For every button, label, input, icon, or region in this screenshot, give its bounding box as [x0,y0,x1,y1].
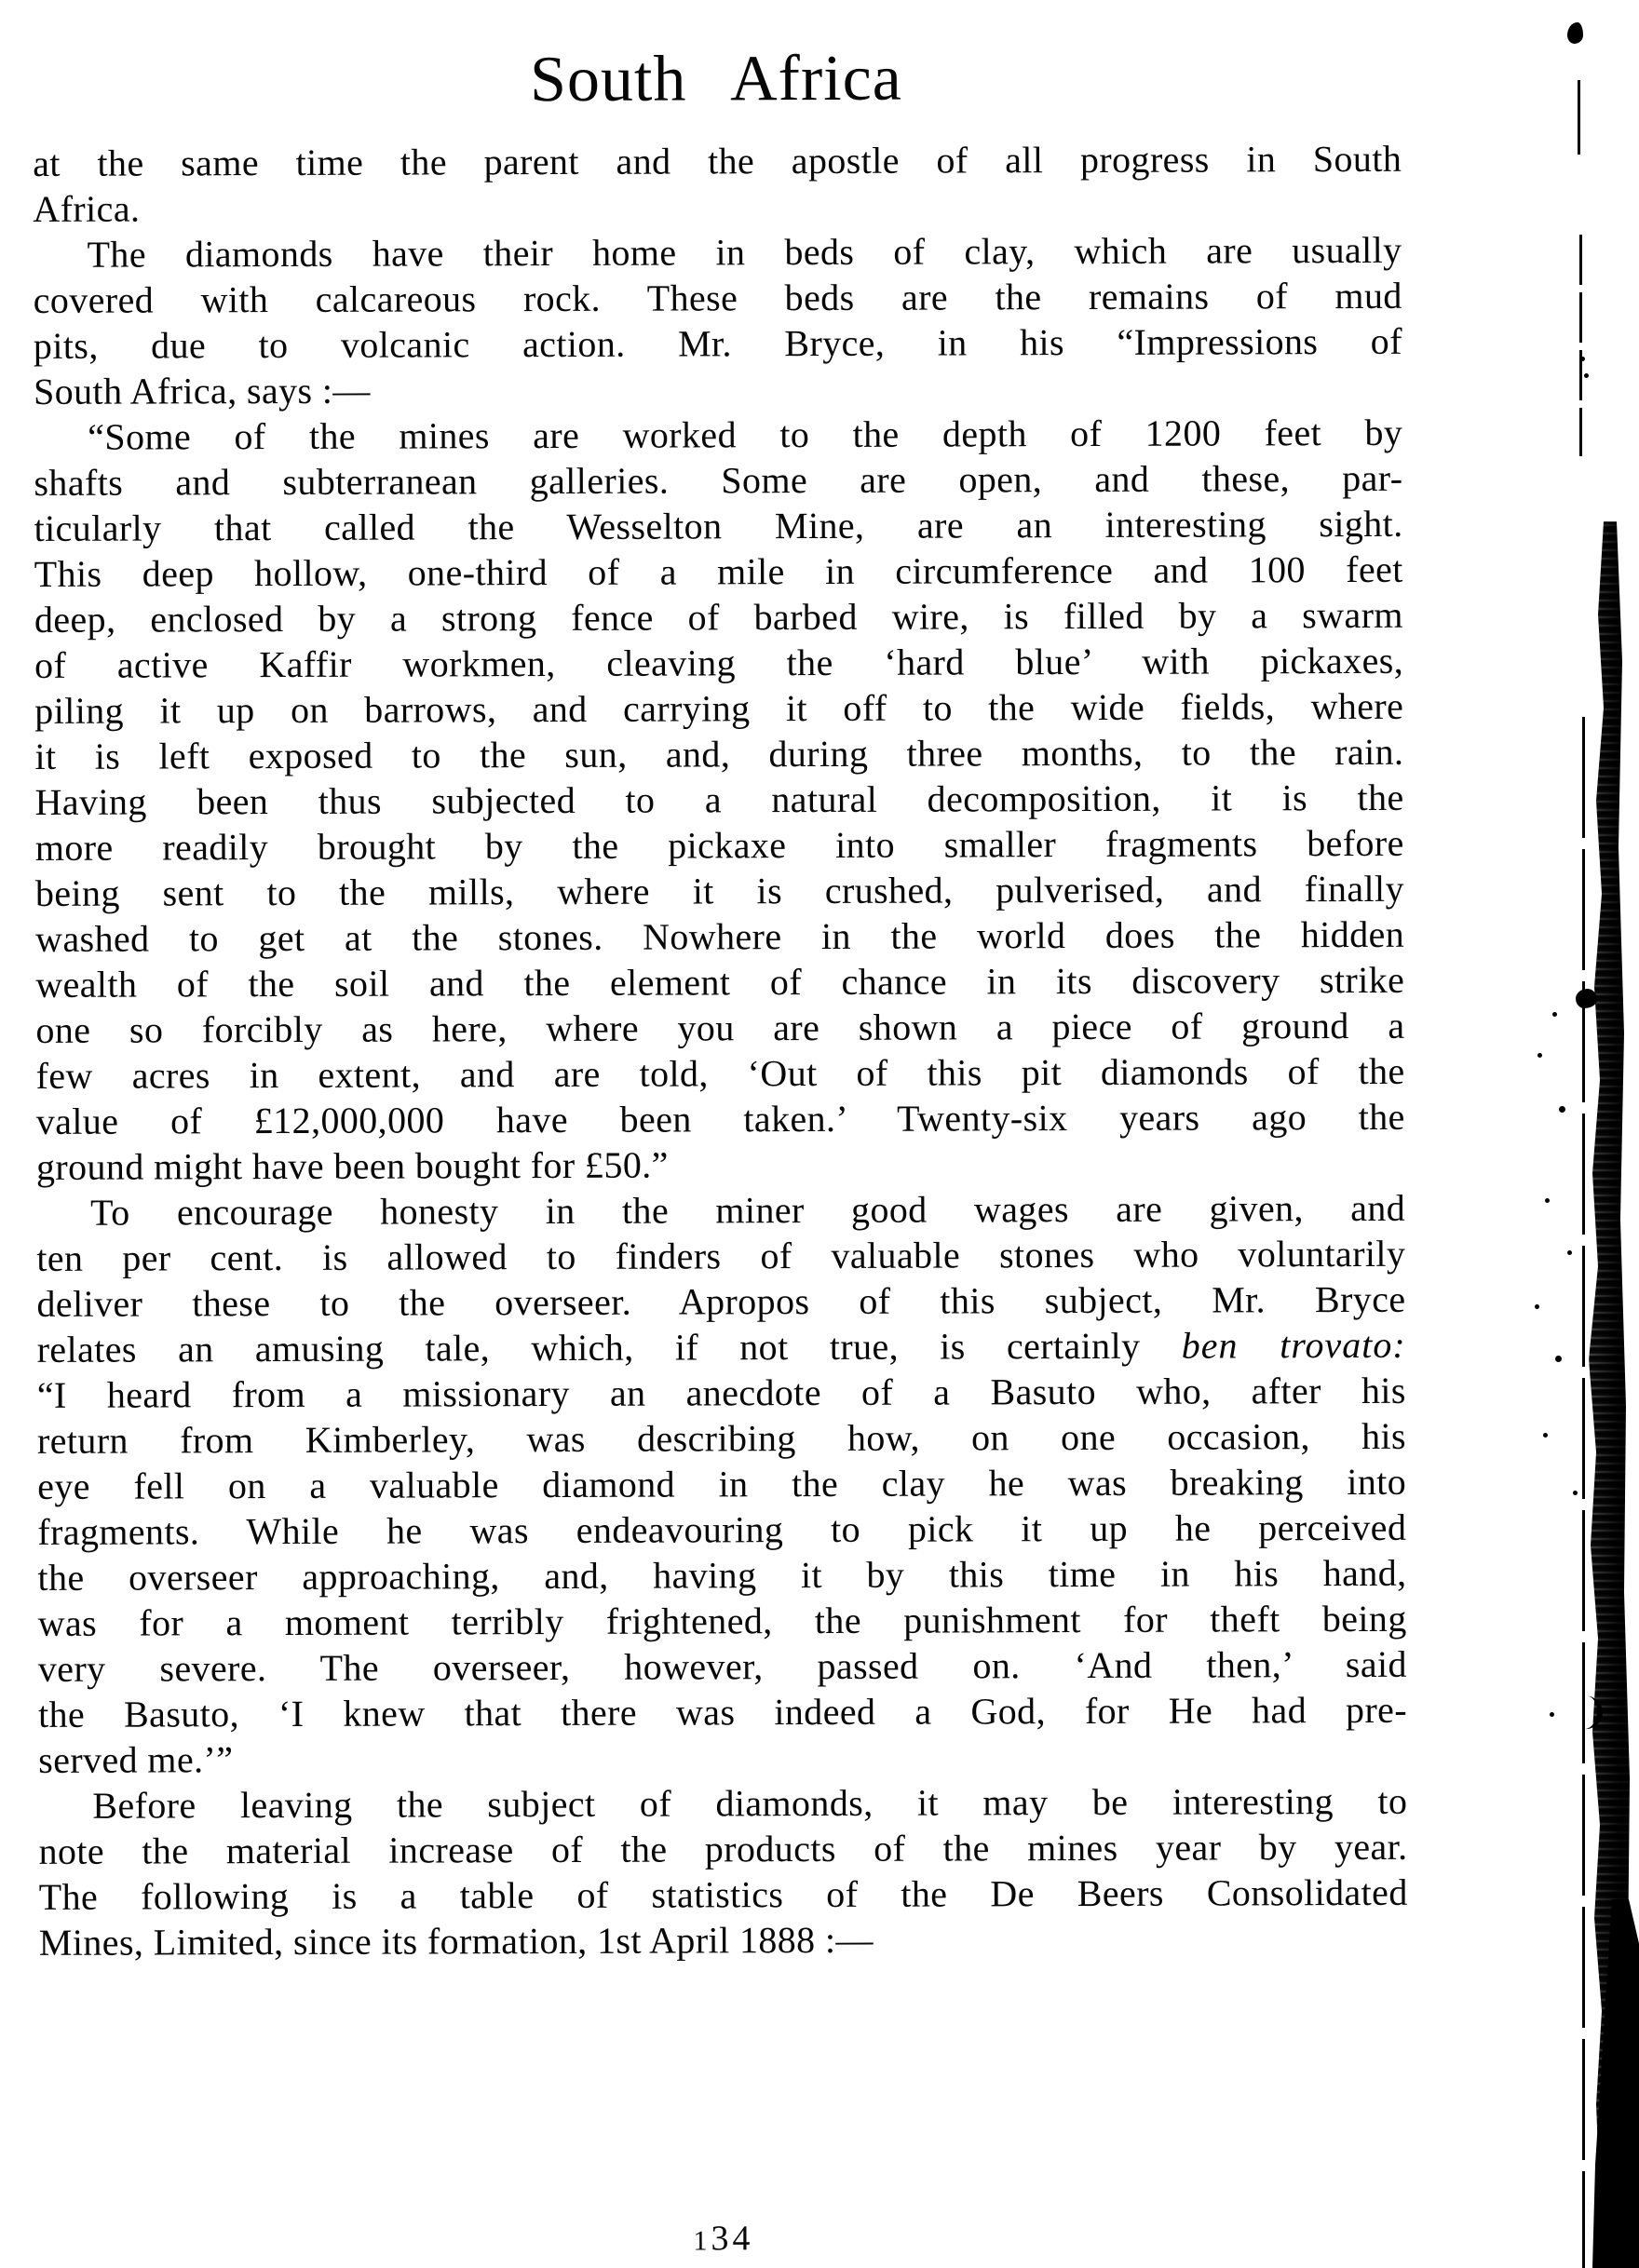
text-line: wealth of the soil and the element of ch… [35,957,1404,1007]
text-line: of active Kaffir workmen, cleaving the ‘… [34,638,1403,688]
text-line: ten per cent. is allowed to finders of v… [36,1231,1405,1281]
text-line: it is left exposed to the sun, and, duri… [34,729,1403,779]
text-line: one so forcibly as here, where you are s… [35,1003,1404,1053]
text-line: “Some of the mines are worked to the dep… [34,410,1402,460]
text-line: the overseer approaching, and, having it… [37,1550,1406,1600]
text-line: Mines, Limited, since its formation, 1st… [39,1915,1408,1965]
text-line: “I heard from a missionary an anecdote o… [37,1368,1406,1418]
text-line: the Basuto, ‘I knew that there was indee… [38,1687,1407,1737]
text-line: deliver these to the overseer. Apropos o… [36,1276,1405,1327]
text-line: at the same time the parent and the apos… [33,136,1402,186]
text-line: few acres in extent, and are told, ‘Out … [36,1048,1405,1099]
text-line: The following is a table of statistics o… [39,1870,1408,1920]
text-line: Before leaving the subject of diamonds, … [38,1778,1407,1829]
book-page: South Africa at the same time the parent… [0,0,1639,2268]
text-line: being sent to the mills, where it is cru… [35,866,1404,916]
page-number: 134 [38,2216,1409,2261]
text-line: To encourage honesty in the miner good w… [36,1185,1405,1235]
body-text: at the same time the parent and the apos… [33,136,1408,1965]
scan-artifact-hairline-top [1578,80,1580,155]
text-line: The diamonds have their home in beds of … [33,227,1402,277]
text-line: value of £12,000,000 have been taken.’ T… [36,1094,1405,1144]
text-line: Having been thus subjected to a natural … [35,775,1404,825]
text-line: was for a moment terribly frightened, th… [38,1596,1407,1646]
text-line: more readily brought by the pickaxe into… [35,820,1404,871]
text-line: piling it up on barrows, and carrying it… [34,683,1403,734]
text-line: ground might have been bought for £50.” [36,1140,1405,1190]
text-line: covered with calcareous rock. These beds… [34,273,1402,323]
text-line: return from Kimberley, was describing ho… [37,1413,1406,1464]
text-line: Africa. [33,182,1402,232]
text-line: ticularly that called the Wesselton Mine… [34,501,1402,551]
scan-artifact-blob-top [1567,22,1583,44]
text-line: deep, enclosed by a strong fence of barb… [34,592,1403,642]
text-line: very severe. The overseer, however, pass… [38,1641,1407,1692]
text-line: fragments. While he was endeavouring to … [37,1505,1406,1555]
text-line: This deep hollow, one-third of a mile in… [34,547,1403,597]
text-line: note the material increase of the produc… [38,1824,1407,1874]
text-line: eye fell on a valuable diamond in the cl… [37,1459,1406,1509]
text-line: relates an amusing tale, which, if not t… [37,1322,1406,1372]
page-content: South Africa at the same time the parent… [0,0,1639,2268]
text-line: South Africa, says :— [34,364,1402,414]
scan-artifact-speckles [0,0,3,3]
page-title: South Africa [31,41,1402,117]
text-line: pits, due to volcanic action. Mr. Bryce,… [34,318,1402,369]
scan-artifact-hairline-long [1582,717,1585,2268]
text-line: washed to get at the stones. Nowhere in … [35,911,1404,962]
scan-artifact-hairline-mid [1579,235,1582,456]
text-line: served me.’” [38,1733,1407,1783]
text-line: shafts and subterranean galleries. Some … [34,455,1402,506]
